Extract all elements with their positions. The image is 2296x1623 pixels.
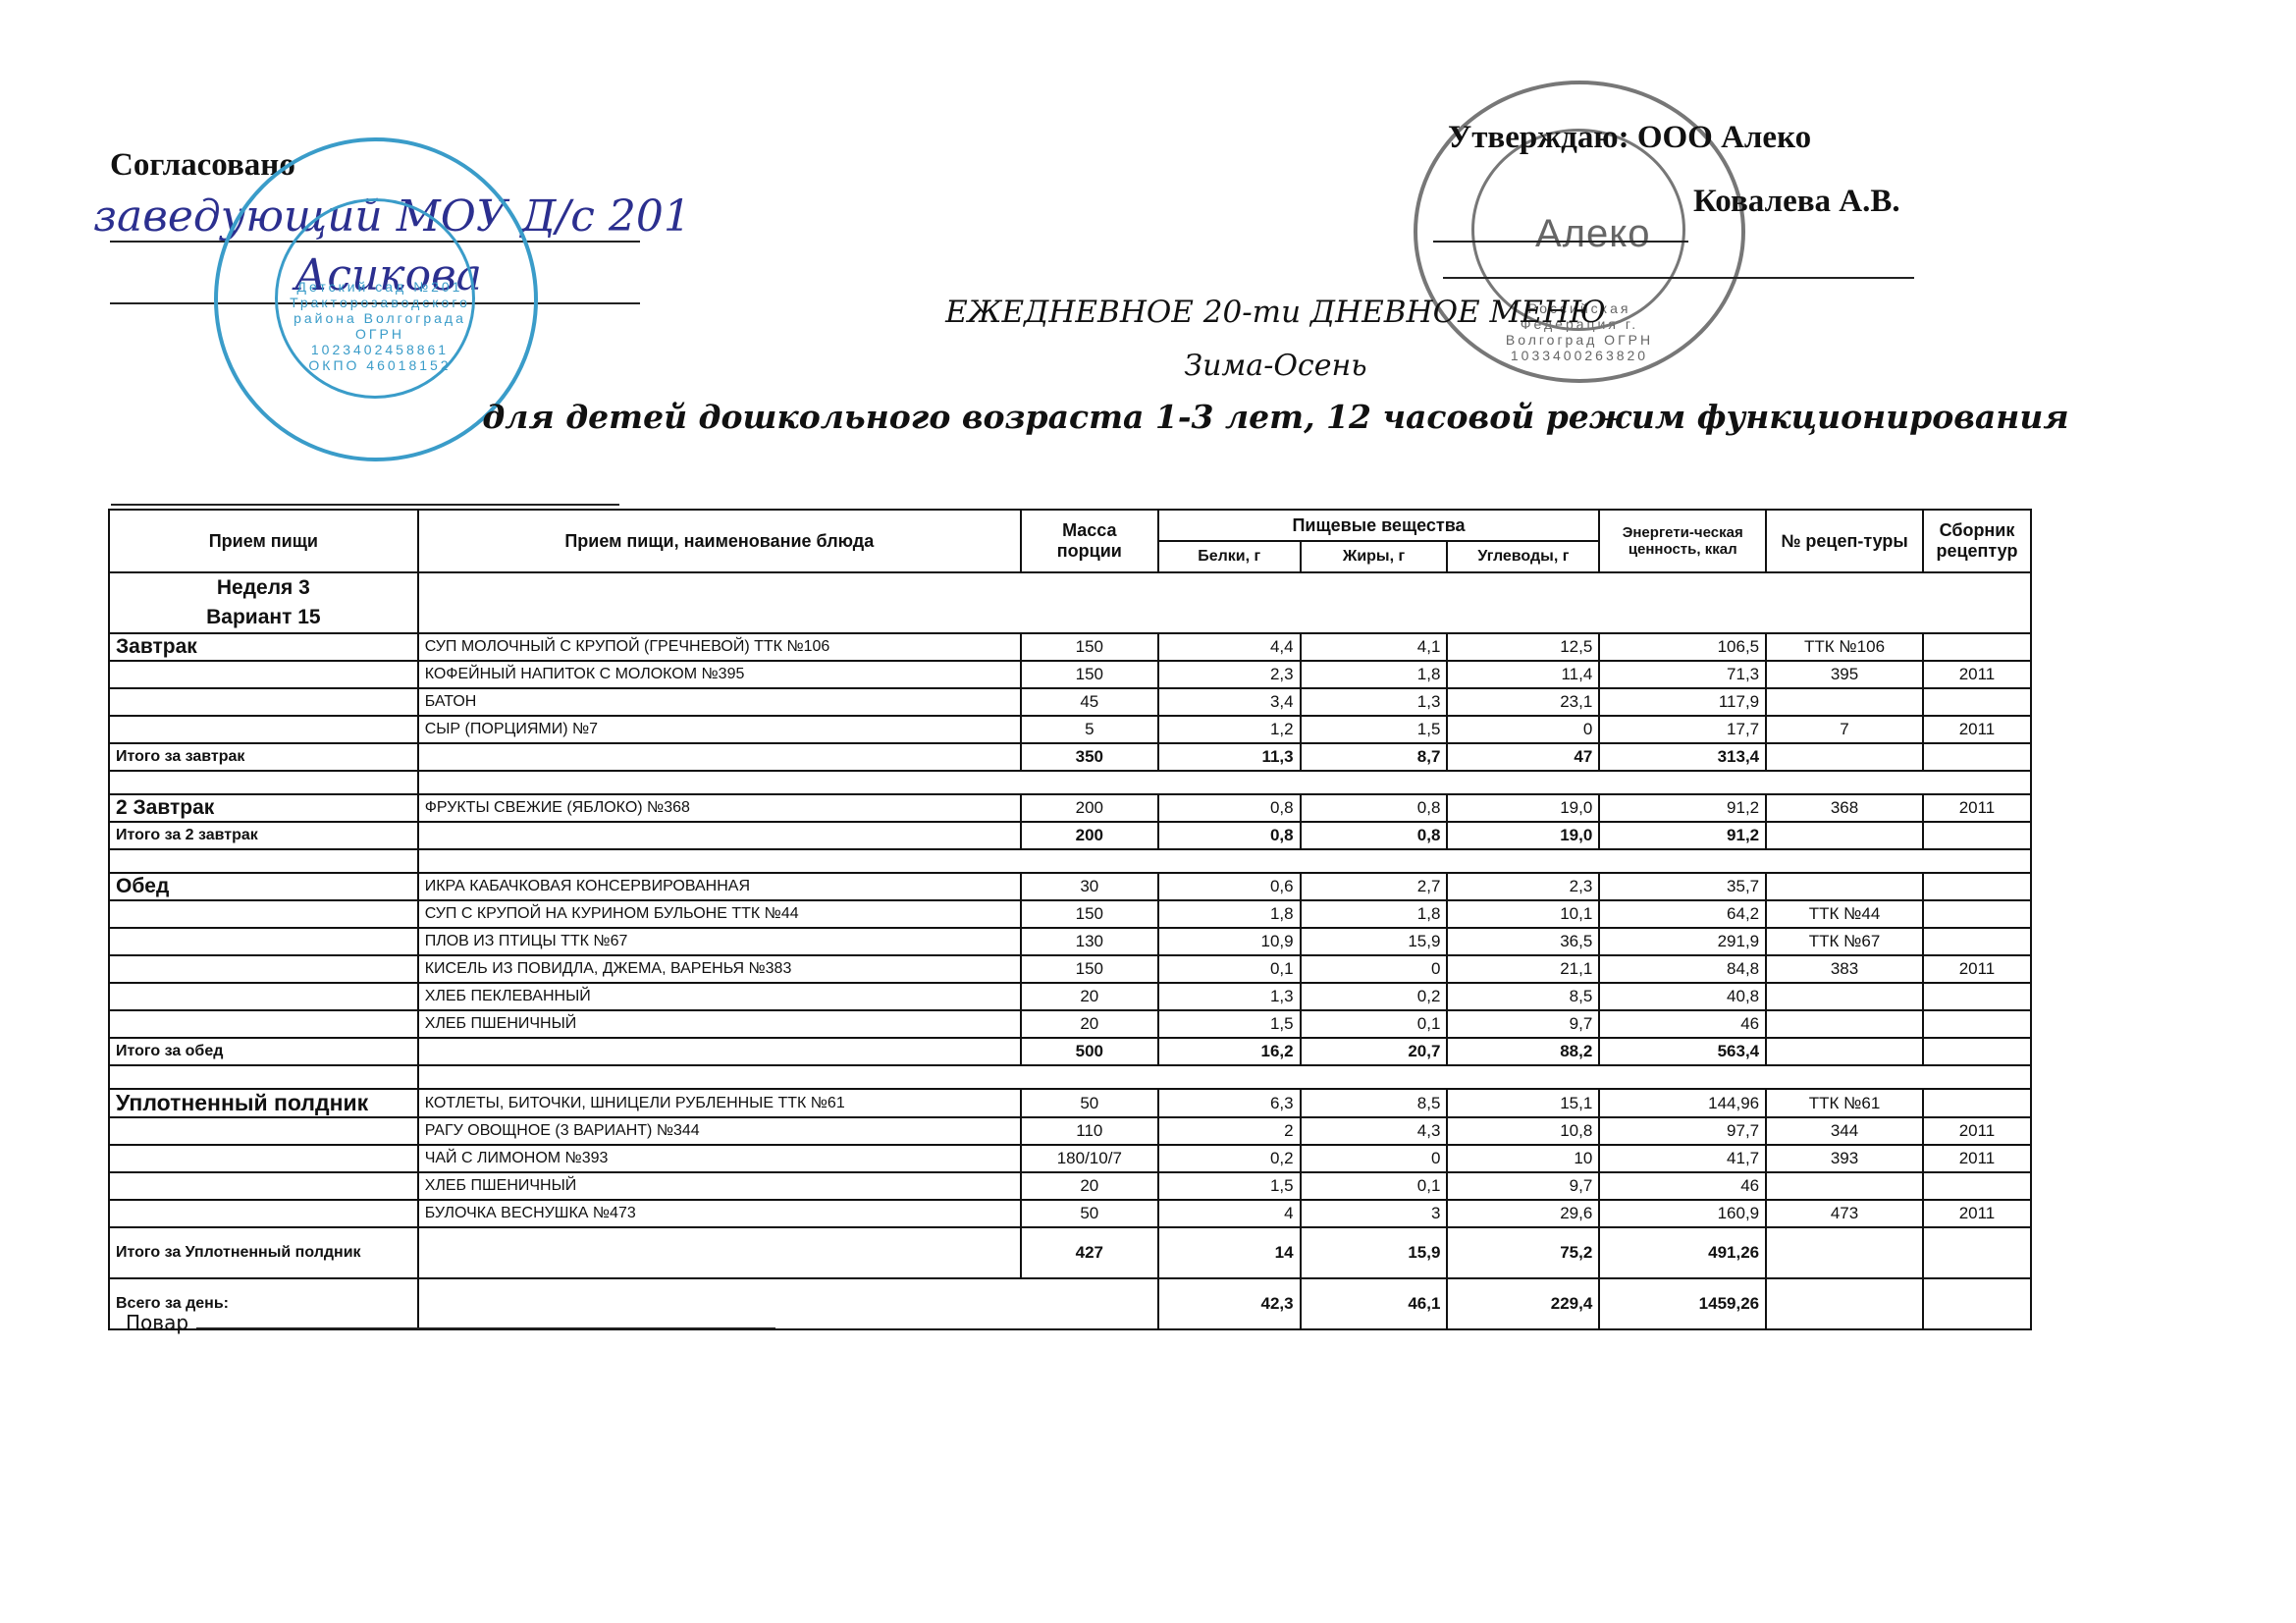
subtotal-mass: 427: [1021, 1227, 1158, 1278]
empty-cell: [109, 1065, 418, 1089]
recipe-collection: 2011: [1923, 1117, 2031, 1145]
table-row: ХЛЕБ ПШЕНИЧНЫЙ201,50,19,746: [109, 1010, 2031, 1038]
dish-name: КИСЕЛЬ ИЗ ПОВИДЛА, ДЖЕМА, ВАРЕНЬЯ №383: [418, 955, 1021, 983]
meal-name: Обед: [109, 873, 418, 900]
protein-value: 2: [1158, 1117, 1301, 1145]
subtotal-protein: 11,3: [1158, 743, 1301, 771]
empty-cell: [109, 771, 418, 794]
recipe-number: [1766, 983, 1923, 1010]
subtotal-mass: 350: [1021, 743, 1158, 771]
energy-value: 291,9: [1599, 928, 1766, 955]
carbs-value: 10,1: [1447, 900, 1599, 928]
dish-name: ХЛЕБ ПШЕНИЧНЫЙ: [418, 1010, 1021, 1038]
portion-mass: 5: [1021, 716, 1158, 743]
document-season: Зима-Осень: [128, 349, 2296, 383]
subtotal-label: Итого за завтрак: [109, 743, 418, 771]
protein-value: 1,5: [1158, 1010, 1301, 1038]
empty-cell: [109, 661, 418, 688]
carbs-value: 9,7: [1447, 1172, 1599, 1200]
protein-value: 6,3: [1158, 1089, 1301, 1117]
fat-value: 4,3: [1301, 1117, 1448, 1145]
portion-mass: 150: [1021, 900, 1158, 928]
table-row: КИСЕЛЬ ИЗ ПОВИДЛА, ДЖЕМА, ВАРЕНЬЯ №38315…: [109, 955, 2031, 983]
empty-cell: [109, 688, 418, 716]
recipe-collection: [1923, 900, 2031, 928]
recipe-number: [1766, 873, 1923, 900]
dish-name: ЧАЙ С ЛИМОНОМ №393: [418, 1145, 1021, 1172]
header-nutrients: Пищевые вещества: [1158, 510, 1600, 541]
week-variant-cell: Неделя 3 Вариант 15: [109, 572, 418, 633]
carbs-value: 10,8: [1447, 1117, 1599, 1145]
energy-value: 117,9: [1599, 688, 1766, 716]
portion-mass: 180/10/7: [1021, 1145, 1158, 1172]
empty-cell: [109, 716, 418, 743]
menu-table: Прием пищи Прием пищи, наименование блюд…: [108, 509, 2032, 1330]
empty-cell: [418, 1038, 1021, 1065]
protein-value: 4,4: [1158, 633, 1301, 661]
recipe-collection: [1923, 1010, 2031, 1038]
empty-cell: [109, 1117, 418, 1145]
spacer-row: [109, 849, 2031, 873]
portion-mass: 150: [1021, 661, 1158, 688]
table-row: ПЛОВ ИЗ ПТИЦЫ ТТК №6713010,915,936,5291,…: [109, 928, 2031, 955]
empty-cell: [1923, 822, 2031, 849]
portion-mass: 50: [1021, 1200, 1158, 1227]
table-row: 2 ЗавтракФРУКТЫ СВЕЖИЕ (ЯБЛОКО) №3682000…: [109, 794, 2031, 822]
table-row: ЧАЙ С ЛИМОНОМ №393180/10/70,201041,73932…: [109, 1145, 2031, 1172]
subtotal-mass: 200: [1021, 822, 1158, 849]
carbs-value: 36,5: [1447, 928, 1599, 955]
dish-name: РАГУ ОВОЩНОЕ (3 ВАРИАНТ) №344: [418, 1117, 1021, 1145]
protein-value: 1,3: [1158, 983, 1301, 1010]
portion-mass: 150: [1021, 955, 1158, 983]
fat-value: 15,9: [1301, 928, 1448, 955]
dish-name: КОТЛЕТЫ, БИТОЧКИ, ШНИЦЕЛИ РУБЛЕННЫЕ ТТК …: [418, 1089, 1021, 1117]
table-row: РАГУ ОВОЩНОЕ (3 ВАРИАНТ) №34411024,310,8…: [109, 1117, 2031, 1145]
carbs-value: 21,1: [1447, 955, 1599, 983]
dish-name: ИКРА КАБАЧКОВАЯ КОНСЕРВИРОВАННАЯ: [418, 873, 1021, 900]
fat-value: 0,8: [1301, 794, 1448, 822]
portion-mass: 150: [1021, 633, 1158, 661]
recipe-collection: [1923, 983, 2031, 1010]
recipe-collection: [1923, 1172, 2031, 1200]
fat-value: 0: [1301, 1145, 1448, 1172]
empty-cell: [418, 743, 1021, 771]
stamp-center: Алеко: [1535, 212, 1650, 256]
carbs-value: 9,7: [1447, 1010, 1599, 1038]
carbs-value: 15,1: [1447, 1089, 1599, 1117]
carbs-value: 29,6: [1447, 1200, 1599, 1227]
subtotal-row: Итого за Уплотненный полдник4271415,975,…: [109, 1227, 2031, 1278]
portion-mass: 20: [1021, 1010, 1158, 1038]
subtotal-energy: 563,4: [1599, 1038, 1766, 1065]
table-row: ЗавтракСУП МОЛОЧНЫЙ С КРУПОЙ (ГРЕЧНЕВОЙ)…: [109, 633, 2031, 661]
energy-value: 46: [1599, 1172, 1766, 1200]
fat-value: 0: [1301, 955, 1448, 983]
subtotal-energy: 313,4: [1599, 743, 1766, 771]
subtotal-carbs: 19,0: [1447, 822, 1599, 849]
carbs-value: 19,0: [1447, 794, 1599, 822]
empty-cell: [109, 1010, 418, 1038]
portion-mass: 45: [1021, 688, 1158, 716]
subtotal-protein: 0,8: [1158, 822, 1301, 849]
subtotal-protein: 16,2: [1158, 1038, 1301, 1065]
meal-name: 2 Завтрак: [109, 794, 418, 822]
spacer-row: [109, 1065, 2031, 1089]
recipe-number: [1766, 1010, 1923, 1038]
dish-name: СУП МОЛОЧНЫЙ С КРУПОЙ (ГРЕЧНЕВОЙ) ТТК №1…: [418, 633, 1021, 661]
header-dish: Прием пищи, наименование блюда: [418, 510, 1021, 572]
recipe-collection: [1923, 633, 2031, 661]
subtotal-label: Итого за Уплотненный полдник: [109, 1227, 418, 1278]
dish-name: ХЛЕБ ПШЕНИЧНЫЙ: [418, 1172, 1021, 1200]
portion-mass: 200: [1021, 794, 1158, 822]
empty-cell: [1766, 1227, 1923, 1278]
signature-line: [1443, 277, 1914, 279]
subtotal-row: Итого за завтрак35011,38,747313,4: [109, 743, 2031, 771]
fat-value: 3: [1301, 1200, 1448, 1227]
empty-cell: [418, 822, 1021, 849]
carbs-value: 12,5: [1447, 633, 1599, 661]
protein-value: 3,4: [1158, 688, 1301, 716]
energy-value: 46: [1599, 1010, 1766, 1038]
fat-value: 2,7: [1301, 873, 1448, 900]
dish-name: СЫР (ПОРЦИЯМИ) №7: [418, 716, 1021, 743]
energy-value: 106,5: [1599, 633, 1766, 661]
subtotal-carbs: 88,2: [1447, 1038, 1599, 1065]
fat-value: 4,1: [1301, 633, 1448, 661]
recipe-number: ТТК №61: [1766, 1089, 1923, 1117]
empty-cell: [109, 1172, 418, 1200]
portion-mass: 20: [1021, 983, 1158, 1010]
header-energy: Энергети-ческая ценность, ккал: [1599, 510, 1766, 572]
header-fat: Жиры, г: [1301, 541, 1448, 572]
cook-signature: Повар: [126, 1311, 775, 1334]
recipe-collection: 2011: [1923, 661, 2031, 688]
dish-name: ПЛОВ ИЗ ПТИЦЫ ТТК №67: [418, 928, 1021, 955]
carbs-value: 2,3: [1447, 873, 1599, 900]
approval-right-label: Утверждаю: ООО Алеко: [1448, 120, 1811, 156]
variant-label: Вариант 15: [116, 603, 411, 632]
meal-name: Уплотненный полдник: [109, 1089, 418, 1117]
empty-cell: [1923, 1278, 2031, 1329]
recipe-collection: 2011: [1923, 955, 2031, 983]
subtotal-energy: 91,2: [1599, 822, 1766, 849]
recipe-collection: 2011: [1923, 794, 2031, 822]
energy-value: 64,2: [1599, 900, 1766, 928]
energy-value: 84,8: [1599, 955, 1766, 983]
recipe-collection: 2011: [1923, 1200, 2031, 1227]
empty-cell: [418, 849, 2031, 873]
empty-cell: [1766, 822, 1923, 849]
table-row: БУЛОЧКА ВЕСНУШКА №473504329,6160,9473201…: [109, 1200, 2031, 1227]
dish-name: БАТОН: [418, 688, 1021, 716]
carbs-value: 23,1: [1447, 688, 1599, 716]
empty-cell: [1766, 1038, 1923, 1065]
fat-value: 1,3: [1301, 688, 1448, 716]
subtotal-carbs: 75,2: [1447, 1227, 1599, 1278]
empty-cell: [1923, 1038, 2031, 1065]
protein-value: 2,3: [1158, 661, 1301, 688]
table-row: Уплотненный полдникКОТЛЕТЫ, БИТОЧКИ, ШНИ…: [109, 1089, 2031, 1117]
empty-cell: [109, 900, 418, 928]
header-mass: Масса порции: [1021, 510, 1158, 572]
portion-mass: 20: [1021, 1172, 1158, 1200]
empty-cell: [109, 1200, 418, 1227]
week-label: Неделя 3: [116, 573, 411, 603]
recipe-number: ТТК №67: [1766, 928, 1923, 955]
empty-cell: [109, 983, 418, 1010]
day-total-protein: 42,3: [1158, 1278, 1301, 1329]
energy-value: 41,7: [1599, 1145, 1766, 1172]
subtotal-row: Итого за 2 завтрак2000,80,819,091,2: [109, 822, 2031, 849]
cook-label: Повар: [126, 1311, 188, 1334]
empty-cell: [1923, 1227, 2031, 1278]
energy-value: 71,3: [1599, 661, 1766, 688]
recipe-number: 344: [1766, 1117, 1923, 1145]
spacer-row: [109, 771, 2031, 794]
recipe-number: 393: [1766, 1145, 1923, 1172]
header-collection: Сборник рецептур: [1923, 510, 2031, 572]
dish-name: КОФЕЙНЫЙ НАПИТОК С МОЛОКОМ №395: [418, 661, 1021, 688]
recipe-collection: [1923, 1089, 2031, 1117]
recipe-number: ТТК №44: [1766, 900, 1923, 928]
energy-value: 160,9: [1599, 1200, 1766, 1227]
subtotal-carbs: 47: [1447, 743, 1599, 771]
recipe-number: ТТК №106: [1766, 633, 1923, 661]
recipe-number: 368: [1766, 794, 1923, 822]
subtotal-fat: 8,7: [1301, 743, 1448, 771]
carbs-value: 0: [1447, 716, 1599, 743]
protein-value: 1,5: [1158, 1172, 1301, 1200]
carbs-value: 11,4: [1447, 661, 1599, 688]
recipe-collection: 2011: [1923, 1145, 2031, 1172]
protein-value: 1,8: [1158, 900, 1301, 928]
protein-value: 1,2: [1158, 716, 1301, 743]
subtotal-mass: 500: [1021, 1038, 1158, 1065]
header-protein: Белки, г: [1158, 541, 1301, 572]
recipe-collection: [1923, 688, 2031, 716]
header-meal: Прием пищи: [109, 510, 418, 572]
recipe-collection: [1923, 873, 2031, 900]
table-row: СЫР (ПОРЦИЯМИ) №751,21,5017,772011: [109, 716, 2031, 743]
recipe-number: [1766, 1172, 1923, 1200]
portion-mass: 130: [1021, 928, 1158, 955]
recipe-collection: [1923, 928, 2031, 955]
fat-value: 1,5: [1301, 716, 1448, 743]
table-row: СУП С КРУПОЙ НА КУРИНОМ БУЛЬОНЕ ТТК №441…: [109, 900, 2031, 928]
empty-cell: [1766, 743, 1923, 771]
fat-value: 8,5: [1301, 1089, 1448, 1117]
empty-cell: [1923, 743, 2031, 771]
empty-cell: [109, 955, 418, 983]
empty-cell: [418, 1227, 1021, 1278]
fat-value: 1,8: [1301, 900, 1448, 928]
energy-value: 97,7: [1599, 1117, 1766, 1145]
header-recipe: № рецеп-туры: [1766, 510, 1923, 572]
day-total-energy: 1459,26: [1599, 1278, 1766, 1329]
energy-value: 35,7: [1599, 873, 1766, 900]
empty-cell: [109, 928, 418, 955]
fat-value: 0,2: [1301, 983, 1448, 1010]
recipe-collection: 2011: [1923, 716, 2031, 743]
portion-mass: 110: [1021, 1117, 1158, 1145]
recipe-number: 473: [1766, 1200, 1923, 1227]
empty-cell: [418, 771, 2031, 794]
subtotal-row: Итого за обед50016,220,788,2563,4: [109, 1038, 2031, 1065]
carbs-value: 8,5: [1447, 983, 1599, 1010]
energy-value: 40,8: [1599, 983, 1766, 1010]
fat-value: 0,1: [1301, 1010, 1448, 1038]
header-carbs: Углеводы, г: [1447, 541, 1599, 572]
energy-value: 17,7: [1599, 716, 1766, 743]
energy-value: 91,2: [1599, 794, 1766, 822]
table-row: БАТОН453,41,323,1117,9: [109, 688, 2031, 716]
dish-name: СУП С КРУПОЙ НА КУРИНОМ БУЛЬОНЕ ТТК №44: [418, 900, 1021, 928]
document-subtitle: для детей дошкольного возраста 1-3 лет, …: [128, 398, 2296, 436]
day-total-carbs: 229,4: [1447, 1278, 1599, 1329]
empty-cell: [418, 1065, 2031, 1089]
subtotal-label: Итого за обед: [109, 1038, 418, 1065]
meal-name: Завтрак: [109, 633, 418, 661]
approver-name: Ковалева А.В.: [1693, 184, 1900, 220]
protein-value: 0,8: [1158, 794, 1301, 822]
recipe-number: [1766, 688, 1923, 716]
subtotal-protein: 14: [1158, 1227, 1301, 1278]
recipe-number: 395: [1766, 661, 1923, 688]
protein-value: 0,1: [1158, 955, 1301, 983]
portion-mass: 30: [1021, 873, 1158, 900]
recipe-number: 7: [1766, 716, 1923, 743]
subtotal-fat: 20,7: [1301, 1038, 1448, 1065]
empty-cell: [1766, 1278, 1923, 1329]
protein-value: 0,6: [1158, 873, 1301, 900]
table-row: ОбедИКРА КАБАЧКОВАЯ КОНСЕРВИРОВАННАЯ300,…: [109, 873, 2031, 900]
carbs-value: 10: [1447, 1145, 1599, 1172]
dish-name: ФРУКТЫ СВЕЖИЕ (ЯБЛОКО) №368: [418, 794, 1021, 822]
protein-value: 0,2: [1158, 1145, 1301, 1172]
protein-value: 10,9: [1158, 928, 1301, 955]
subtotal-label: Итого за 2 завтрак: [109, 822, 418, 849]
protein-value: 4: [1158, 1200, 1301, 1227]
subtotal-fat: 0,8: [1301, 822, 1448, 849]
divider: [111, 504, 619, 506]
table-row: ХЛЕБ ПШЕНИЧНЫЙ201,50,19,746: [109, 1172, 2031, 1200]
table-row: КОФЕЙНЫЙ НАПИТОК С МОЛОКОМ №3951502,31,8…: [109, 661, 2031, 688]
empty-cell: [418, 572, 2031, 633]
signature-line: [1433, 241, 1688, 243]
portion-mass: 50: [1021, 1089, 1158, 1117]
cook-signature-line: [196, 1327, 775, 1329]
table-row: ХЛЕБ ПЕКЛЕВАННЫЙ201,30,28,540,8: [109, 983, 2031, 1010]
fat-value: 0,1: [1301, 1172, 1448, 1200]
energy-value: 144,96: [1599, 1089, 1766, 1117]
empty-cell: [109, 1145, 418, 1172]
fat-value: 1,8: [1301, 661, 1448, 688]
day-total-fat: 46,1: [1301, 1278, 1448, 1329]
recipe-number: 383: [1766, 955, 1923, 983]
dish-name: ХЛЕБ ПЕКЛЕВАННЫЙ: [418, 983, 1021, 1010]
empty-cell: [109, 849, 418, 873]
dish-name: БУЛОЧКА ВЕСНУШКА №473: [418, 1200, 1021, 1227]
subtotal-energy: 491,26: [1599, 1227, 1766, 1278]
subtotal-fat: 15,9: [1301, 1227, 1448, 1278]
document-title: ЕЖЕДНЕВНОЕ 20-ти ДНЕВНОЕ МЕНЮ: [128, 295, 2296, 330]
